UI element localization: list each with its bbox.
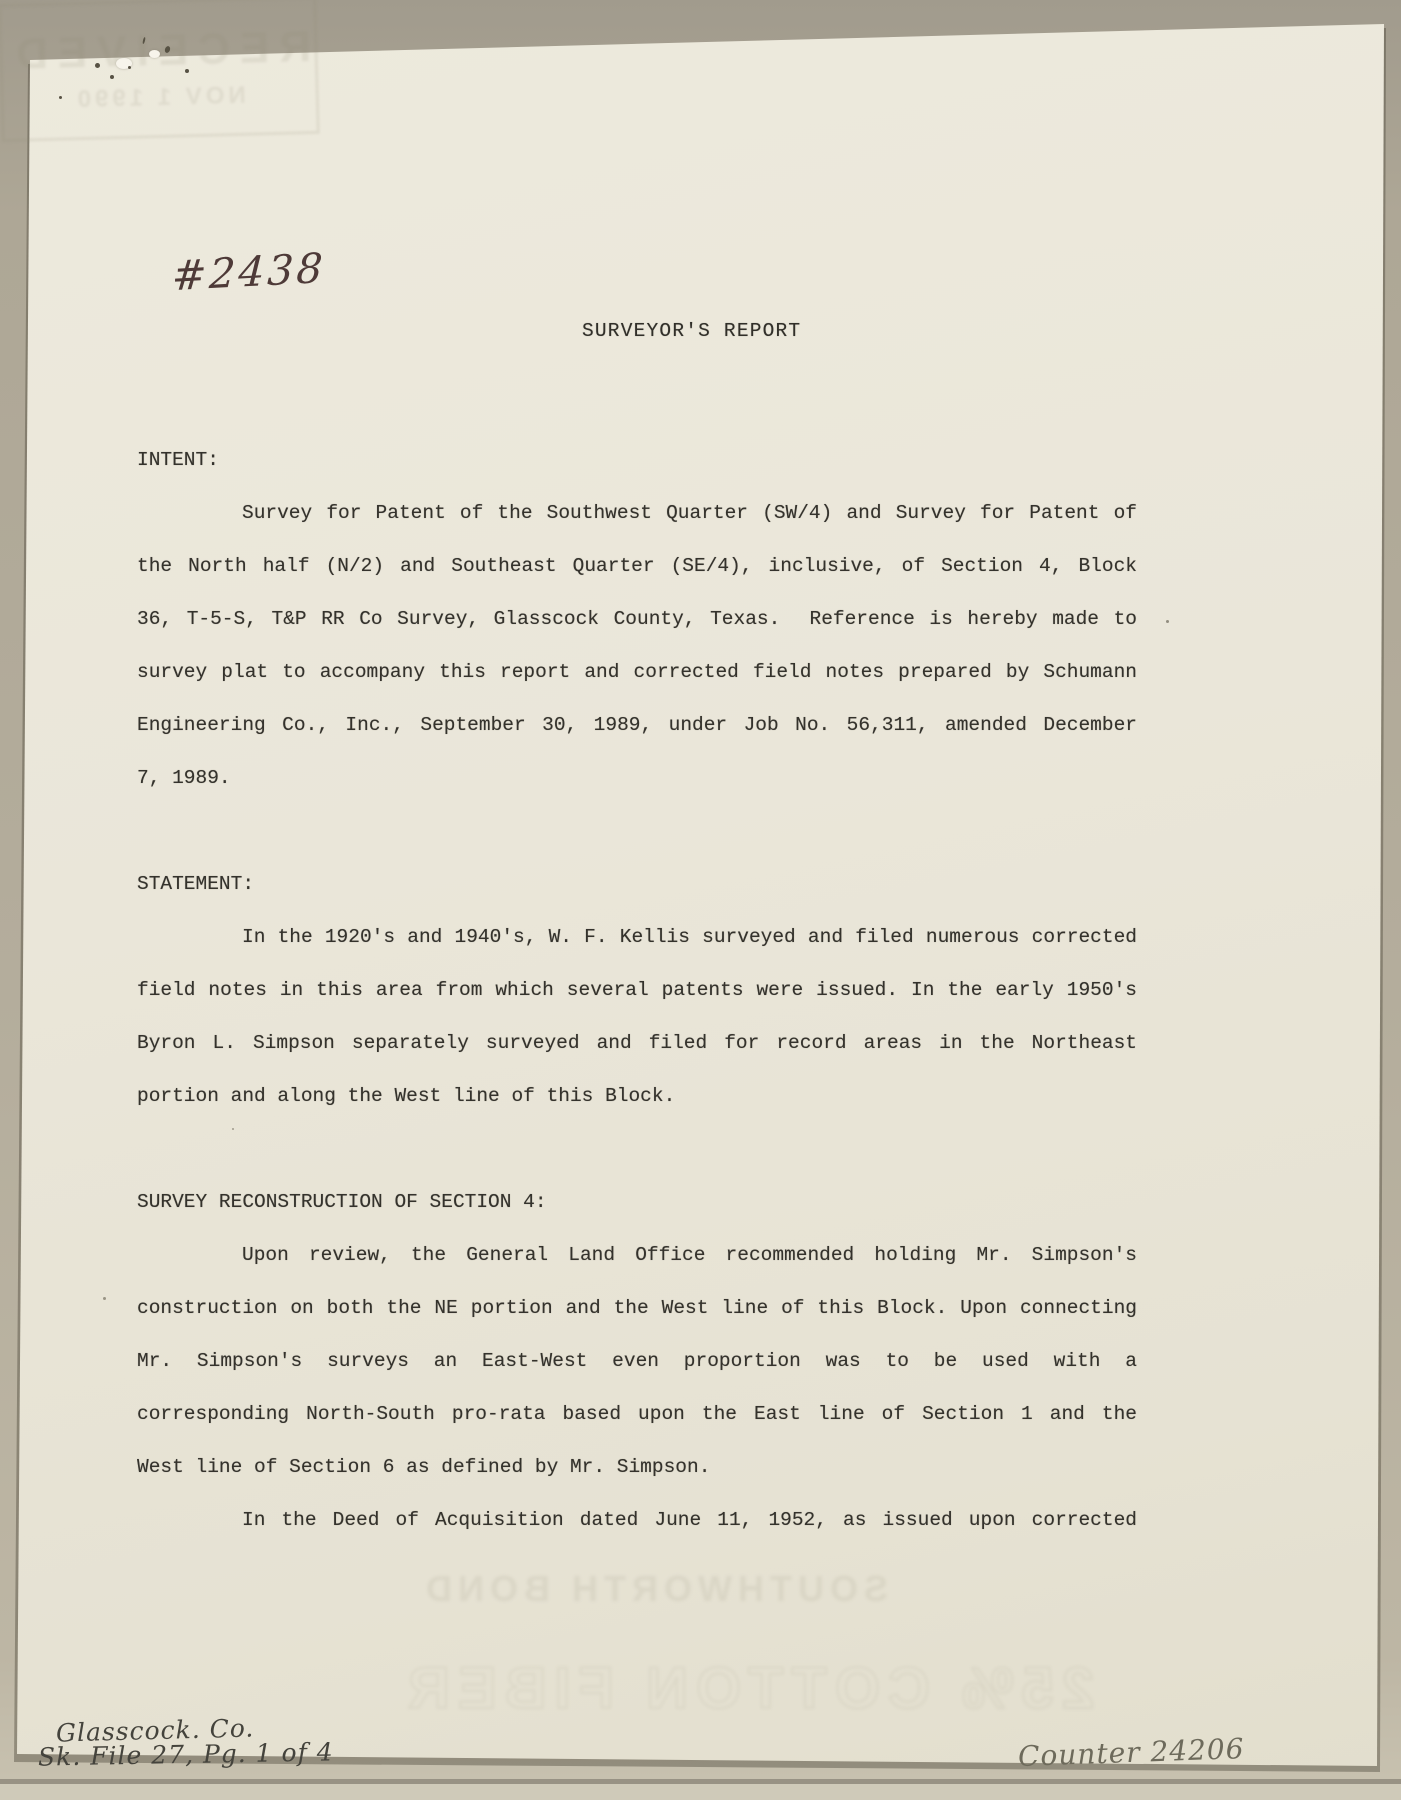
- paper-speck: [1166, 620, 1169, 623]
- typewritten-line: 7, 1989.: [137, 765, 1137, 795]
- typewritten-line: field notes in this area from which seve…: [137, 977, 1137, 1007]
- typewritten-line: construction on both the NE portion and …: [137, 1295, 1137, 1325]
- section-heading-survey-reconstruction: SURVEY RECONSTRUCTION OF SECTION 4:: [137, 1189, 1137, 1219]
- paper-speck: [103, 1297, 106, 1300]
- typewritten-line: In the 1920's and 1940's, W. F. Kellis s…: [137, 924, 1137, 954]
- paper-speck: [59, 96, 62, 99]
- paper-speck: [232, 1128, 234, 1130]
- typewritten-line: Upon review, the General Land Office rec…: [137, 1242, 1137, 1272]
- typewritten-line: Engineering Co., Inc., September 30, 198…: [137, 712, 1137, 742]
- scanned-document-page: { "document": { "case_number": "#2438", …: [0, 0, 1401, 1800]
- bleedthrough-stamp-date: NOV 1 1990: [73, 82, 246, 114]
- bleedthrough-received-stamp: RECEIVED NOV 1 1990: [0, 0, 320, 142]
- bleedthrough-text-line-large: 25% COTTON FIBER: [400, 1655, 1094, 1722]
- paper-speck: [110, 75, 114, 79]
- paper-speck: [185, 69, 189, 73]
- typewritten-line: the North half (N/2) and Southeast Quart…: [137, 553, 1137, 583]
- handwritten-file-reference: Sk. File 27, Pg. 1 of 4: [38, 1737, 334, 1771]
- document-title: SURVEYOR'S REPORT: [582, 318, 801, 348]
- handwritten-case-number: #2438: [171, 244, 327, 300]
- section-heading-statement: STATEMENT:: [137, 871, 1137, 901]
- section-heading-intent: INTENT:: [137, 447, 1137, 477]
- typewritten-line: portion and along the West line of this …: [137, 1083, 1137, 1113]
- paper-speck: [95, 63, 100, 68]
- paper-speck: [128, 66, 131, 69]
- typewritten-line: Survey for Patent of the Southwest Quart…: [137, 500, 1137, 530]
- typewritten-line: Mr. Simpson's surveys an East-West even …: [137, 1348, 1137, 1378]
- typewritten-line: West line of Section 6 as defined by Mr.…: [137, 1454, 1137, 1484]
- scanner-bed-strip: [0, 1784, 1401, 1800]
- typewritten-line: survey plat to accompany this report and…: [137, 659, 1137, 689]
- typewritten-line: corresponding North-South pro-rata based…: [137, 1401, 1137, 1431]
- typewritten-line: Byron L. Simpson separately surveyed and…: [137, 1030, 1137, 1060]
- bleedthrough-text-line: SOUTHWORTH BOND: [420, 1568, 888, 1610]
- paper-tear-mark: [149, 50, 160, 58]
- typewritten-line: 36, T-5-S, T&P RR Co Survey, Glasscock C…: [137, 606, 1137, 636]
- typewritten-line: In the Deed of Acquisition dated June 11…: [137, 1507, 1137, 1537]
